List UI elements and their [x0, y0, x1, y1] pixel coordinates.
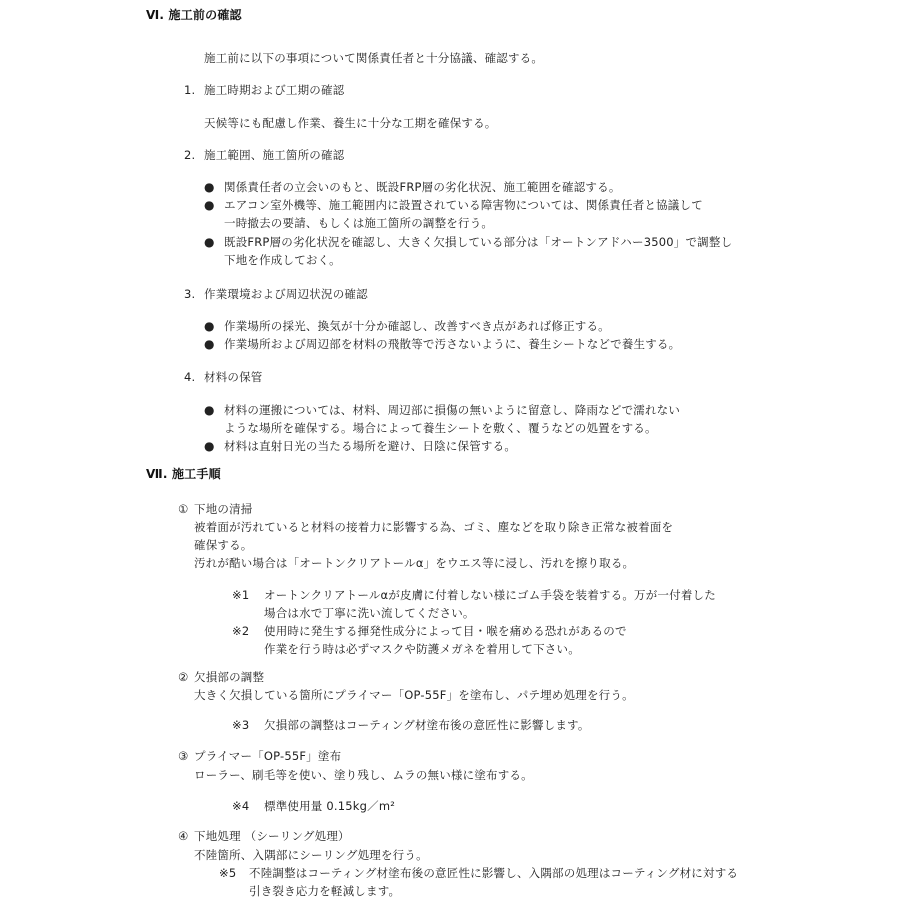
bullet-text: 材料の運搬については、材料、周辺部に損傷の無いように留意し、降雨などで濡れない: [224, 403, 680, 417]
note-text: 場合は水で丁寧に洗い流してください。: [264, 606, 475, 620]
bullet-icon: ●: [204, 439, 214, 453]
bullet-icon: ●: [204, 319, 214, 333]
step-text: 大きく欠損している箇所にプライマー「OP-55F」を塗布し、パテ埋め処理を行う。: [194, 688, 634, 702]
item-title: 施工範囲、施工箇所の確認: [204, 148, 344, 162]
item-number: 4.: [184, 370, 195, 384]
bullet-text: 下地を作成しておく。: [224, 253, 341, 267]
item-title: 施工時期および工期の確認: [204, 83, 344, 97]
bullet-text: 一時撤去の要請、もしくは施工箇所の調整を行う。: [224, 216, 493, 230]
note-text: 引き裂き応力を軽減します。: [249, 884, 400, 898]
bullet-icon: ●: [204, 337, 214, 351]
step-title: プライマー「OP-55F」塗布: [194, 749, 341, 763]
step-text: ローラー、刷毛等を使い、塗り残し、ムラの無い様に塗布する。: [194, 768, 533, 782]
section-heading: Ⅵ. 施工前の確認: [146, 8, 242, 22]
bullet-icon: ●: [204, 198, 214, 212]
bullet-icon: ●: [204, 180, 214, 194]
section-heading: Ⅶ. 施工手順: [146, 467, 221, 481]
note-mark: ※5: [219, 866, 236, 880]
note-mark: ※3: [232, 718, 249, 732]
note-text: 欠損部の調整はコーティング材塗布後の意匠性に影響します。: [264, 718, 590, 732]
step-number: ②: [178, 670, 189, 684]
bullet-icon: ●: [204, 235, 214, 249]
step-number: ④: [178, 829, 189, 843]
step-text: 不陸箇所、入隅部にシーリング処理を行う。: [194, 848, 428, 862]
note-text: オートンクリアトールαが皮膚に付着しない様にゴム手袋を装着する。万が一付着した: [264, 588, 716, 602]
step-title: 欠損部の調整: [194, 670, 264, 684]
item-number: 1.: [184, 83, 195, 97]
note-text: 作業を行う時は必ずマスクや防護メガネを着用して下さい。: [264, 642, 580, 656]
step-number: ①: [178, 502, 189, 516]
step-title: 下地の清掃: [194, 502, 253, 516]
step-text: 確保する。: [194, 538, 253, 552]
bullet-text: 関係責任者の立会いのもと、既設FRP層の劣化状況、施工範囲を確認する。: [224, 180, 621, 194]
bullet-text: 作業場所および周辺部を材料の飛散等で汚さないように、養生シートなどで養生する。: [224, 337, 680, 351]
item-text: 天候等にも配慮し作業、養生に十分な工期を確保する。: [204, 116, 497, 130]
note-mark: ※2: [232, 624, 249, 638]
section-intro: 施工前に以下の事項について関係責任者と十分協議、確認する。: [204, 51, 543, 65]
item-title: 材料の保管: [204, 370, 263, 384]
bullet-text: 材料は直射日光の当たる場所を避け、日陰に保管する。: [224, 439, 516, 453]
note-text: 不陸調整はコーティング材塗布後の意匠性に影響し、入隅部の処理はコーティング材に対…: [249, 866, 738, 880]
note-text: 使用時に発生する揮発性成分によって目・喉を痛める恐れがあるので: [264, 624, 627, 638]
step-title: 下地処理 （シーリング処理）: [194, 829, 350, 843]
step-text: 被着面が汚れていると材料の接着力に影響する為、ゴミ、塵などを取り除き正常な被着面…: [194, 520, 673, 534]
bullet-text: 作業場所の採光、換気が十分か確認し、改善すべき点があれば修正する。: [224, 319, 610, 333]
note-mark: ※1: [232, 588, 249, 602]
step-number: ③: [178, 749, 189, 763]
item-title: 作業環境および周辺状況の確認: [204, 287, 368, 301]
note-text: 標準使用量 0.15kg／m²: [264, 799, 395, 813]
step-text: 汚れが酷い場合は「オートンクリアトールα」をウエス等に浸し、汚れを擦り取る。: [194, 556, 634, 570]
bullet-text: 既設FRP層の劣化状況を確認し、大きく欠損している部分は「オートンアドハー350…: [224, 235, 732, 249]
bullet-icon: ●: [204, 403, 214, 417]
bullet-text: ような場所を確保する。場合によって養生シートを敷く、覆うなどの処置をする。: [224, 421, 657, 435]
item-number: 3.: [184, 287, 195, 301]
item-number: 2.: [184, 148, 195, 162]
note-mark: ※4: [232, 799, 249, 813]
bullet-text: エアコン室外機等、施工範囲内に設置されている障害物については、関係責任者と協議し…: [224, 198, 703, 212]
